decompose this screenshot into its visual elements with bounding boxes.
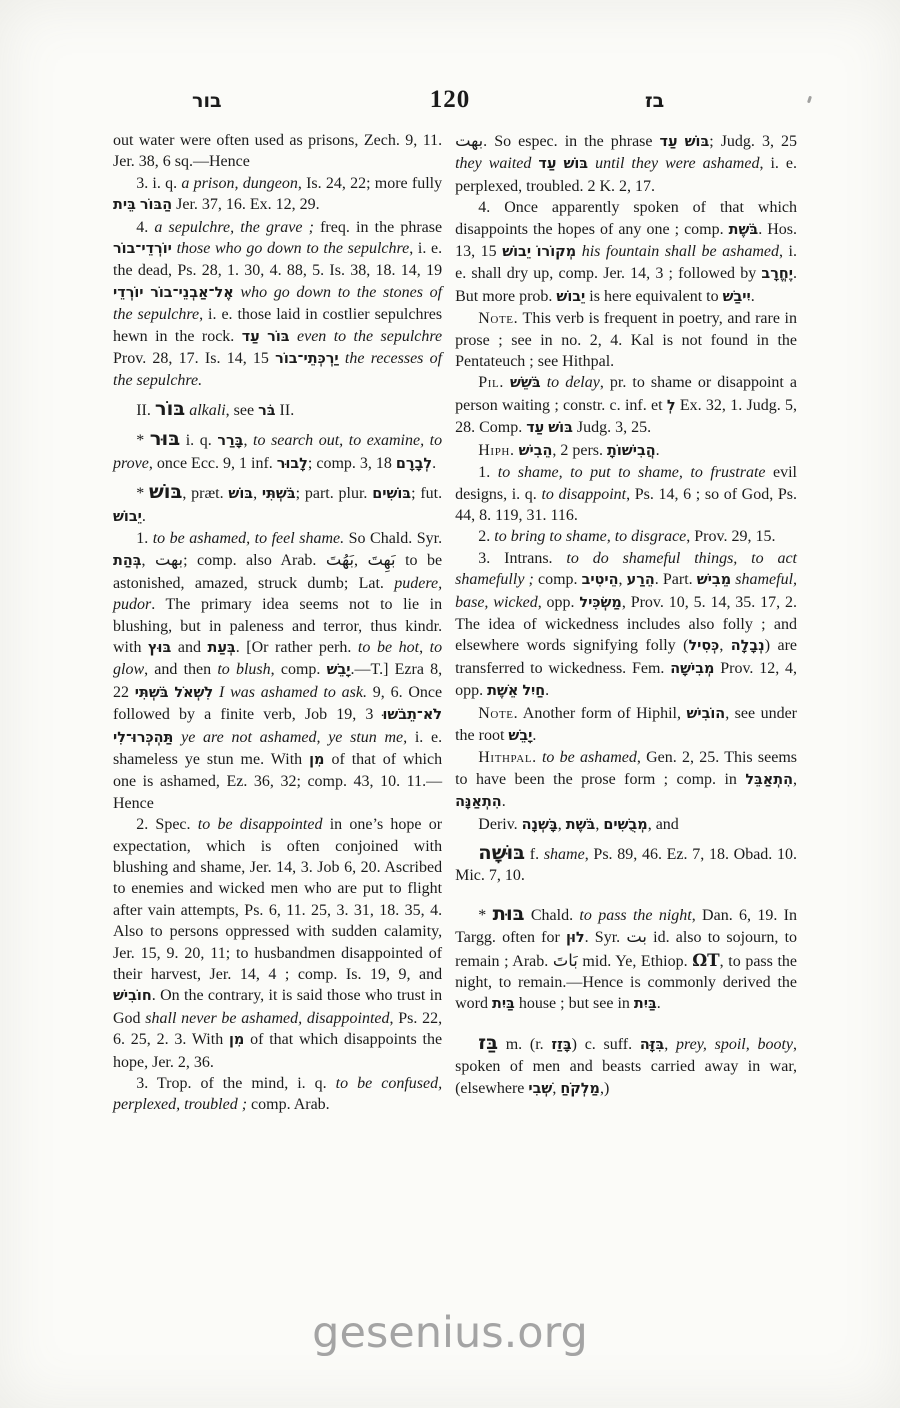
- paragraph: בּוּשָׁה f. shame, Ps. 89, 46. Ez. 7, 18…: [455, 842, 797, 887]
- text-columns: out water were often used as prisons, Ze…: [113, 130, 797, 1116]
- page-number: 120: [0, 86, 900, 114]
- paragraph: Note. Another form of Hiphil, הוֹבִישׁ, …: [455, 703, 797, 748]
- paragraph: Note. This verb is frequent in poetry, a…: [455, 308, 797, 372]
- paragraph: بهت. So espec. in the phrase עַד בּוֹשׁ;…: [455, 130, 797, 197]
- paragraph: Hiph. הֵבִישׁ, 2 pers. הֲבִישׁוֹתָ.: [455, 440, 797, 462]
- paragraph: 2. to bring to shame, to disgrace, Prov.…: [455, 526, 797, 547]
- paragraph: בַּז m. (r. בָּזַז) c. suff. בִּזָּה, pr…: [455, 1032, 797, 1100]
- paragraph: 3. Intrans. to do shameful things, to ac…: [455, 548, 797, 703]
- paragraph: 2. Spec. to be disappointed in one’s hop…: [113, 814, 442, 1073]
- paragraph: II. בּוֹר alkali, see בֹּר II.: [113, 398, 442, 422]
- paragraph: Deriv. בָּשְׁנָה, בֹּשֶׁת, מְבֻשִׁים, an…: [455, 814, 797, 836]
- left-column: out water were often used as prisons, Ze…: [113, 130, 442, 1116]
- paragraph: 1. to be ashamed, to feel shame. So Chal…: [113, 528, 442, 814]
- paragraph: 4. Once apparently spoken of that which …: [455, 197, 797, 308]
- paragraph: 3. Trop. of the mind, i. q. to be confus…: [113, 1073, 442, 1116]
- watermark-text: gesenius.org: [0, 1308, 900, 1358]
- paragraph: out water were often used as prisons, Ze…: [113, 130, 442, 173]
- paragraph: * בּוּר i. q. בָּרַר, to search out, to …: [113, 428, 442, 475]
- paragraph: * בּוּת Chald. to pass the night, Dan. 6…: [455, 903, 797, 1016]
- paragraph: 4. a sepulchre, the grave ; freq. in the…: [113, 217, 442, 392]
- paragraph: 1. to shame, to put to shame, to frustra…: [455, 462, 797, 526]
- paragraph: * בּוֹשׁ, præt. בּוֹשׁ, בֹּשְׁתִּי; part…: [113, 481, 442, 528]
- paragraph: Hithpal. to be ashamed, Gen. 2, 25. This…: [455, 747, 797, 813]
- paragraph: Pil. בֹּשֵׁשׁ to delay, pr. to shame or …: [455, 372, 797, 439]
- header-catchword-right: בז: [645, 90, 664, 112]
- dictionary-page: בור 120 בז out water were often used as …: [0, 0, 900, 1408]
- right-column: بهت. So espec. in the phrase עַד בּוֹשׁ;…: [455, 130, 797, 1116]
- paragraph: 3. i. q. a prison, dungeon, Is. 24, 22; …: [113, 173, 442, 217]
- running-header: בור 120 בז: [0, 86, 900, 120]
